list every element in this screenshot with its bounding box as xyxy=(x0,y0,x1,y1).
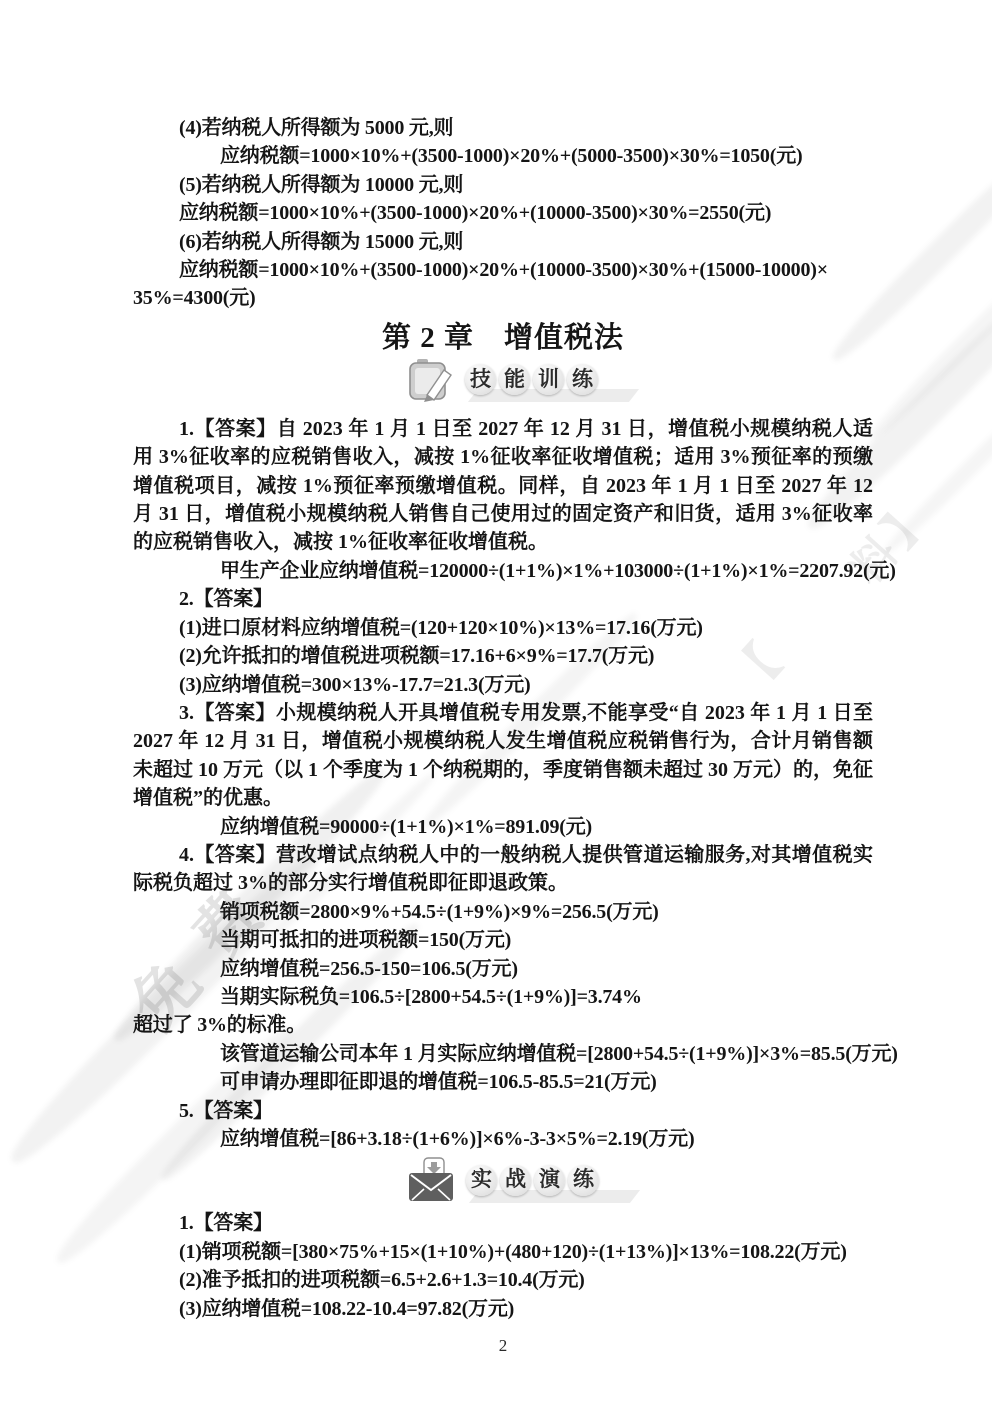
badge-char: 实 xyxy=(466,1165,497,1196)
formula-line: 可申请办理即征即退的增值税=106.5-85.5=21(万元) xyxy=(133,1068,873,1096)
badge-label: 技 能 训 练 xyxy=(465,364,598,395)
text-line: (6)若纳税人所得额为 15000 元,则 xyxy=(133,228,873,256)
formula-line: (2)允许抵扣的增值税进项税额=17.16+6×9%=17.7(万元) xyxy=(133,642,873,670)
answer-paragraph: 1.【答案】自 2023 年 1 月 1 日至 2027 年 12 月 31 日… xyxy=(133,415,873,557)
formula-line: (1)销项税额=[380×75%+15×(1+10%)+(480+120)÷(1… xyxy=(133,1238,873,1266)
formula-line: 该管道运输公司本年 1 月实际应纳增值税=[2800+54.5÷(1+9%)]×… xyxy=(133,1040,873,1068)
badge-char: 练 xyxy=(568,1165,599,1196)
answer-paragraph: 4.【答案】营改增试点纳税人中的一般纳税人提供管道运输服务,对其增值税实际税负超… xyxy=(133,841,873,898)
formula-line: 应纳增值税=[86+3.18÷(1+6%)]×6%-3-3×5%=2.19(万元… xyxy=(133,1125,873,1153)
section-badge-skills: 技 能 训 练 xyxy=(408,357,598,403)
text-line: 1.【答案】 xyxy=(133,1209,873,1237)
practice-answers-block: 1.【答案】 (1)销项税额=[380×75%+15×(1+10%)+(480+… xyxy=(133,1209,873,1323)
badge-char: 练 xyxy=(567,364,598,395)
formula-line: (1)进口原材料应纳增值税=(120+120×10%)×13%=17.16(万元… xyxy=(133,614,873,642)
badge-char: 能 xyxy=(499,364,530,395)
brush-streak-watermark xyxy=(879,377,992,558)
formula-line: 应纳税额=1000×10%+(3500-1000)×20%+(10000-350… xyxy=(133,199,873,227)
formula-line: 35%=4300(元) xyxy=(133,284,873,312)
section-badge-practice: 实 战 演 练 xyxy=(407,1157,599,1203)
formula-line: (2)准予抵扣的进项税额=6.5+2.6+1.3=10.4(万元) xyxy=(133,1266,873,1294)
formula-line: 应纳增值税=90000÷(1+1%)×1%=891.09(元) xyxy=(133,813,873,841)
chapter-title: 第 2 章 增值税法 xyxy=(133,321,873,355)
formula-line: 应纳增值税=256.5-150=106.5(万元) xyxy=(133,955,873,983)
formula-line: 应纳税额=1000×10%+(3500-1000)×20%+(10000-350… xyxy=(133,256,873,284)
brush-streak-watermark xyxy=(865,234,992,445)
envelope-download-icon xyxy=(407,1157,459,1203)
formula-line: 当期实际税负=106.5÷[2800+54.5÷(1+9%)]=3.74% xyxy=(133,983,873,1011)
skills-answers-block: 1.【答案】自 2023 年 1 月 1 日至 2027 年 12 月 31 日… xyxy=(133,415,873,1154)
text-line: 超过了 3%的标准。 xyxy=(133,1011,873,1039)
badge-char: 战 xyxy=(500,1165,531,1196)
badge-char: 技 xyxy=(465,364,496,395)
badge-label: 实 战 演 练 xyxy=(466,1165,599,1196)
formula-line: (3)应纳增值税=300×13%-17.7=21.3(万元) xyxy=(133,671,873,699)
formula-line: 当期可抵扣的进项税额=150(万元) xyxy=(133,926,873,954)
formula-line: 销项税额=2800×9%+54.5÷(1+9%)×9%=256.5(万元) xyxy=(133,898,873,926)
page-number: 2 xyxy=(133,1335,873,1357)
badge-char: 训 xyxy=(533,364,564,395)
notepad-pencil-icon xyxy=(408,358,458,402)
document-page: 免费 【 料】 (4)若纳税人所得额为 5000 元,则 应纳税额=1000×1… xyxy=(0,0,992,1403)
intro-answers-block: (4)若纳税人所得额为 5000 元,则 应纳税额=1000×10%+(3500… xyxy=(133,114,873,313)
text-line: 2.【答案】 xyxy=(133,585,873,613)
badge-char: 演 xyxy=(534,1165,565,1196)
formula-line: (3)应纳增值税=108.22-10.4=97.82(万元) xyxy=(133,1295,873,1323)
answer-paragraph: 3.【答案】小规模纳税人开具增值税专用发票,不能享受“自 2023 年 1 月 … xyxy=(133,699,873,813)
text-line: (4)若纳税人所得额为 5000 元,则 xyxy=(133,114,873,142)
formula-line: 甲生产企业应纳增值税=120000÷(1+1%)×1%+103000÷(1+1%… xyxy=(133,557,873,585)
text-line: (5)若纳税人所得额为 10000 元,则 xyxy=(133,171,873,199)
page-content: (4)若纳税人所得额为 5000 元,则 应纳税额=1000×10%+(3500… xyxy=(133,114,873,1357)
text-line: 5.【答案】 xyxy=(133,1097,873,1125)
formula-line: 应纳税额=1000×10%+(3500-1000)×20%+(5000-3500… xyxy=(133,142,873,170)
